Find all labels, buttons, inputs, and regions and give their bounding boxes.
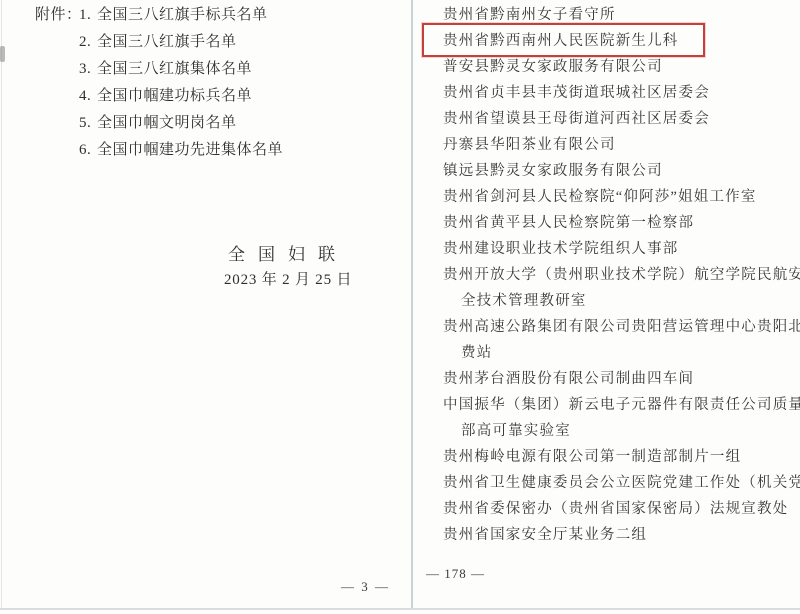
honoree-text: 贵州省黄平县人民检察院第一检察部 [443,215,694,231]
honoree-text: 贵州省卫生健康委员会公立医院党建工作处（机关党办） [443,475,800,491]
attachment-number: 6. [79,137,97,164]
attachment-number: 3. [79,56,97,83]
attachment-number: 4. [79,83,97,110]
honoree-text: 贵州省望谟县王母街道河西社区居委会 [443,111,710,127]
honoree-item: 普安县黔灵女家政服务有限公司 [443,54,800,80]
attachment-row: 6.全国巾帼建功先进集体名单 [35,137,283,164]
attachment-row: 3.全国三八红旗集体名单 [35,56,283,83]
honoree-text: 贵州省委保密办（贵州省国家保密局）法规宣教处 [443,501,788,517]
honoree-item: 贵州梅岭电源有限公司第一制造部制片一组 [443,444,800,470]
attachment-title: 全国巾帼建功标兵名单 [97,88,252,104]
attachment-row: 4.全国巾帼建功标兵名单 [35,83,283,110]
honoree-line: 费站 [443,340,800,366]
honoree-text: 贵州开放大学（贵州职业技术学院）航空学院民航安 [443,267,800,283]
page-bottom-edge [0,608,800,610]
honoree-line: 中国振华（集团）新云电子元器件有限责任公司质量 [443,392,800,418]
honoree-text: 镇远县黔灵女家政服务有限公司 [443,163,663,179]
scan-artifact [0,46,5,62]
honoree-line: 普安县黔灵女家政服务有限公司 [443,54,800,80]
honoree-item: 贵州省卫生健康委员会公立医院党建工作处（机关党办） [443,470,800,496]
honoree-text: 普安县黔灵女家政服务有限公司 [443,59,663,75]
honoree-text: 贵州省黔南州女子看守所 [443,7,616,23]
signature-date: 2023 年 2 月 25 日 [224,268,352,289]
honoree-line: 贵州省望谟县王母街道河西社区居委会 [443,106,800,132]
signature: 全国妇联 [228,240,348,265]
honoree-line: 贵州省委保密办（贵州省国家保密局）法规宣教处 [443,496,800,522]
honoree-text: 贵州省贞丰县丰茂街道珉城社区居委会 [443,85,710,101]
attachment-list: 附件：1.全国三八红旗手标兵名单2.全国三八红旗手名单3.全国三八红旗集体名单4… [35,2,283,164]
honoree-text: 部高可靠实验室 [461,423,571,439]
attachment-title: 全国三八红旗集体名单 [97,61,252,77]
attachment-title: 全国巾帼建功先进集体名单 [97,142,283,158]
honoree-text: 费站 [461,345,492,361]
honoree-line: 贵州开放大学（贵州职业技术学院）航空学院民航安 [443,262,800,288]
honoree-line: 贵州省黄平县人民检察院第一检察部 [443,210,800,236]
honoree-line: 镇远县黔灵女家政服务有限公司 [443,158,800,184]
honoree-item: 贵州省望谟县王母街道河西社区居委会 [443,106,800,132]
attachment-row: 5.全国巾帼文明岗名单 [35,110,283,137]
honoree-line: 贵州茅台酒股份有限公司制曲四车间 [443,366,800,392]
honoree-line: 贵州省剑河县人民检察院“仰阿莎”姐姐工作室 [443,184,800,210]
honoree-text: 贵州建设职业技术学院组织人事部 [443,241,679,257]
honoree-item: 中国振华（集团）新云电子元器件有限责任公司质量部高可靠实验室 [443,392,800,444]
honoree-line: 部高可靠实验室 [443,418,800,444]
honoree-line: 贵州建设职业技术学院组织人事部 [443,236,800,262]
highlight-box [422,23,705,57]
honoree-text: 贵州省剑河县人民检察院“仰阿莎”姐姐工作室 [443,189,757,205]
attachment-number: 5. [79,110,97,137]
honoree-item: 贵州建设职业技术学院组织人事部 [443,236,800,262]
honoree-item: 贵州茅台酒股份有限公司制曲四车间 [443,366,800,392]
honoree-item: 贵州开放大学（贵州职业技术学院）航空学院民航安全技术管理教研室 [443,262,800,314]
honoree-item: 贵州省国家安全厅某业务二组 [443,522,800,548]
honoree-text: 全技术管理教研室 [461,293,587,309]
honoree-line: 贵州梅岭电源有限公司第一制造部制片一组 [443,444,800,470]
honoree-line: 丹寨县华阳茶业有限公司 [443,132,800,158]
honoree-item-highlighted: 贵州省黔西南州人民医院新生儿科 [443,28,800,54]
attachment-title: 全国三八红旗手名单 [97,34,237,50]
honoree-text: 贵州茅台酒股份有限公司制曲四车间 [443,371,694,387]
honoree-text: 贵州梅岭电源有限公司第一制造部制片一组 [443,449,741,465]
honoree-text: 贵州省国家安全厅某业务二组 [443,527,647,543]
honoree-item: 贵州省贞丰县丰茂街道珉城社区居委会 [443,80,800,106]
attachment-title: 全国三八红旗手标兵名单 [97,7,268,23]
honoree-item: 贵州省委保密办（贵州省国家保密局）法规宣教处 [443,496,800,522]
attachment-number: 1. [79,2,97,29]
attachment-label: 附件： [35,2,79,29]
honoree-item: 贵州高速公路集团有限公司贵阳营运管理中心贵阳北收费站 [443,314,800,366]
honoree-line: 贵州高速公路集团有限公司贵阳营运管理中心贵阳北收 [443,314,800,340]
attachment-number: 2. [79,29,97,56]
honoree-item: 镇远县黔灵女家政服务有限公司 [443,158,800,184]
attachment-row: 附件：1.全国三八红旗手标兵名单 [35,2,283,29]
left-page-number: — 3 — [341,579,390,595]
honoree-item: 贵州省黄平县人民检察院第一检察部 [443,210,800,236]
attachment-row: 2.全国三八红旗手名单 [35,29,283,56]
attachment-title: 全国巾帼文明岗名单 [97,115,237,131]
honoree-line: 全技术管理教研室 [443,288,800,314]
honoree-line: 贵州省贞丰县丰茂街道珉城社区居委会 [443,80,800,106]
right-page-number: — 178 — [426,566,485,582]
honoree-text: 丹寨县华阳茶业有限公司 [443,137,616,153]
document-scan: 附件：1.全国三八红旗手标兵名单2.全国三八红旗手名单3.全国三八红旗集体名单4… [0,0,800,614]
honoree-line: 贵州省卫生健康委员会公立医院党建工作处（机关党办） [443,470,800,496]
honoree-item: 贵州省剑河县人民检察院“仰阿莎”姐姐工作室 [443,184,800,210]
honoree-item: 丹寨县华阳茶业有限公司 [443,132,800,158]
honoree-text: 中国振华（集团）新云电子元器件有限责任公司质量 [443,397,800,413]
page-edge-divider [411,0,413,609]
page-left-edge [1,0,2,610]
honoree-line: 贵州省国家安全厅某业务二组 [443,522,800,548]
honoree-text: 贵州高速公路集团有限公司贵阳营运管理中心贵阳北收 [443,319,800,335]
honoree-list: 贵州省黔南州女子看守所贵州省黔西南州人民医院新生儿科普安县黔灵女家政服务有限公司… [443,2,800,548]
honoree-line: 贵州省黔西南州人民医院新生儿科 [443,28,800,54]
